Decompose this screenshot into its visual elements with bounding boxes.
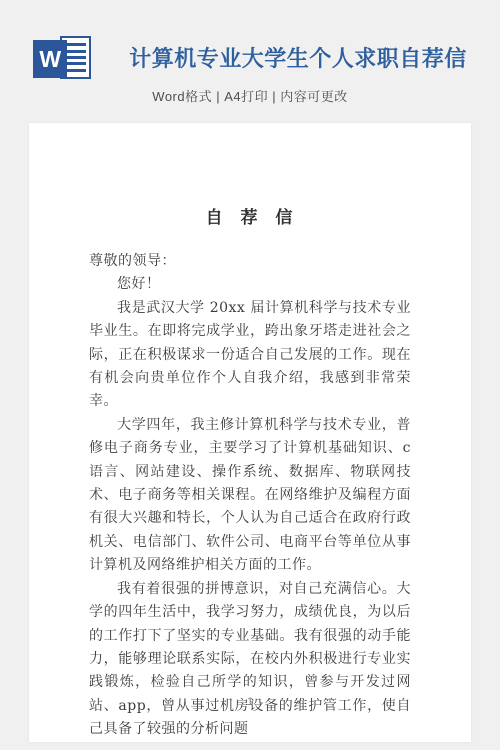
paragraph-intro: 我是武汉大学 20xx 届计算机科学与技术专业毕业生。在即将完成学业，跨出象牙塔… [89,297,411,414]
greeting: 您好！ [89,273,411,296]
salutation: 尊敬的领导： [89,250,411,273]
document-title: 自 荐 信 [89,203,411,228]
page-number: 1 [29,696,471,708]
page-title: 计算机专业大学生个人求职自荐信 [129,44,467,74]
word-file-icon: W [33,36,91,82]
header-title-row: W 计算机专业大学生个人求职自荐信 [33,36,467,82]
word-icon-letter: W [33,40,67,78]
header-subtitle: Word格式 | A4打印 | 内容可更改 [152,86,347,105]
document-page: 自 荐 信 尊敬的领导： 您好！ 我是武汉大学 20xx 届计算机科学与技术专业… [29,123,471,742]
paragraph-studies: 大学四年，我主修计算机科学与技术专业，普修电子商务专业，主要学习了计算机基础知识… [89,414,411,578]
paragraph-strengths: 我有着很强的拼博意识，对自己充满信心。大学的四年生活中，我学习努力，成绩优良，为… [89,578,411,742]
page-root: { "header": { "icon_letter": "W", "title… [0,0,500,750]
header: W 计算机专业大学生个人求职自荐信 Word格式 | A4打印 | 内容可更改 [0,0,500,111]
